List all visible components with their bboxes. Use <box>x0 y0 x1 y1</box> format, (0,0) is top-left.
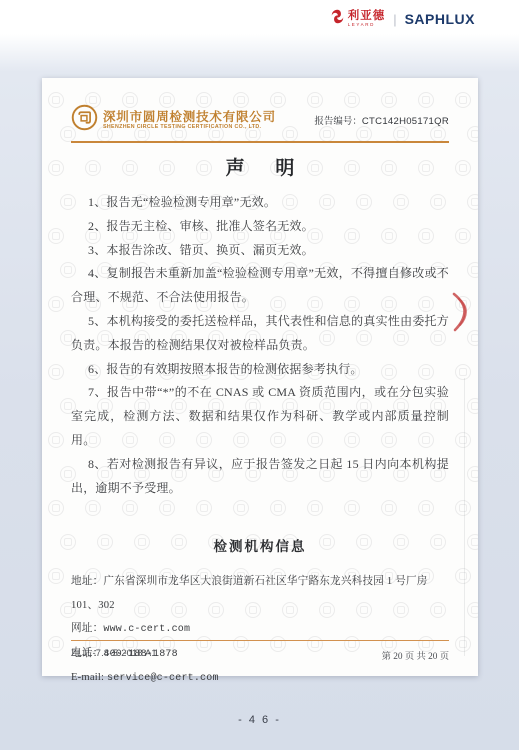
org-info-lines: 地址：广东省深圳市龙华区大浪街道新石社区华宁路东龙兴科技园 1 号厂房 101、… <box>71 570 449 691</box>
logo-divider: | <box>392 12 397 27</box>
company-name-en: SHENZHEN CIRCLE TESTING CERTIFICATION CO… <box>103 124 276 130</box>
leyard-name-cn: 利亚德 <box>348 11 386 23</box>
org-info-label: 地址： <box>71 576 103 587</box>
viewer-background: 利亚德 LEYARD | SAPHLUX <box>0 0 519 750</box>
org-info-label: 网址： <box>71 623 103 634</box>
org-info-value: service@c-cert.com <box>107 673 219 684</box>
statement-item: 7、报告中带“*”的不在 CNAS 或 CMA 资质范围内，或在分包实验室完成，… <box>71 381 449 452</box>
red-seal-stamp-icon <box>452 292 468 337</box>
pdf-page-number: - 4 6 - <box>0 714 519 726</box>
statement-item: 3、本报告涂改、错页、换页、漏页无效。 <box>71 239 449 263</box>
document-header: 深圳市圆周检测技术有限公司 SHENZHEN CIRCLE TESTING CE… <box>71 104 449 136</box>
company-name-cn: 深圳市圆周检测技术有限公司 <box>103 110 276 124</box>
org-info-value: 广东省深圳市龙华区大浪街道新石社区华宁路东龙兴科技园 1 号厂房 101、302 <box>71 576 428 611</box>
leyard-name-en: LEYARD <box>348 23 386 28</box>
header-rule <box>71 141 449 143</box>
statement-item: 8、若对检测报告有异议，应于报告签发之日起 15 日内向本机构提出，逾期不予受理… <box>71 453 449 501</box>
org-info-address: 地址：广东省深圳市龙华区大浪街道新石社区华宁路东龙兴科技园 1 号厂房 101、… <box>71 570 449 617</box>
statement-item: 4、复制报告未重新加盖“检验检测专用章”无效，不得擅自修改或不合理、不规范、不合… <box>71 262 449 310</box>
statement-item: 1、报告无“检验检测专用章”无效。 <box>71 191 449 215</box>
footer-doc-code: ZLJL-7.8-5-2018 A1 <box>71 648 157 662</box>
brand-logo-bar: 利亚德 LEYARD | SAPHLUX <box>330 9 475 29</box>
statement-item: 2、报告无主检、审核、批准人签名无效。 <box>71 215 449 239</box>
org-info-email: E-mail: service@c-cert.com <box>71 666 449 691</box>
footer-page-info: 第 20 页 共 20 页 <box>382 648 449 662</box>
saphlux-logo: SAPHLUX <box>405 11 475 27</box>
report-number: 报告编号：CTC142H05171QR <box>314 113 449 127</box>
statement-list: 1、报告无“检验检测专用章”无效。 2、报告无主检、审核、批准人签名无效。 3、… <box>71 191 449 500</box>
statement-item: 5、本机构接受的委托送检样品，其代表性和信息的真实性由委托方负责。本报告的检测结… <box>71 310 449 358</box>
report-number-label: 报告编号： <box>314 117 362 127</box>
org-info-label: E-mail: <box>71 672 107 683</box>
company-block: 深圳市圆周检测技术有限公司 SHENZHEN CIRCLE TESTING CE… <box>71 104 276 136</box>
company-logo-icon <box>71 104 98 136</box>
document-title: 声 明 <box>71 153 449 180</box>
org-info-website: 网址：www.c-cert.com <box>71 617 449 642</box>
document-footer: ZLJL-7.8-5-2018 A1 第 20 页 共 20 页 <box>71 640 449 662</box>
org-info-heading: 检测机构信息 <box>71 535 449 555</box>
leyard-swirl-icon <box>330 9 345 29</box>
report-number-value: CTC142H05171QR <box>362 116 449 127</box>
document-page: 深圳市圆周检测技术有限公司 SHENZHEN CIRCLE TESTING CE… <box>42 78 478 676</box>
statement-item: 6、报告的有效期按照本报告的检测依据参考执行。 <box>71 358 449 382</box>
leyard-logo: 利亚德 LEYARD <box>330 9 386 29</box>
org-info-value: www.c-cert.com <box>103 624 190 635</box>
